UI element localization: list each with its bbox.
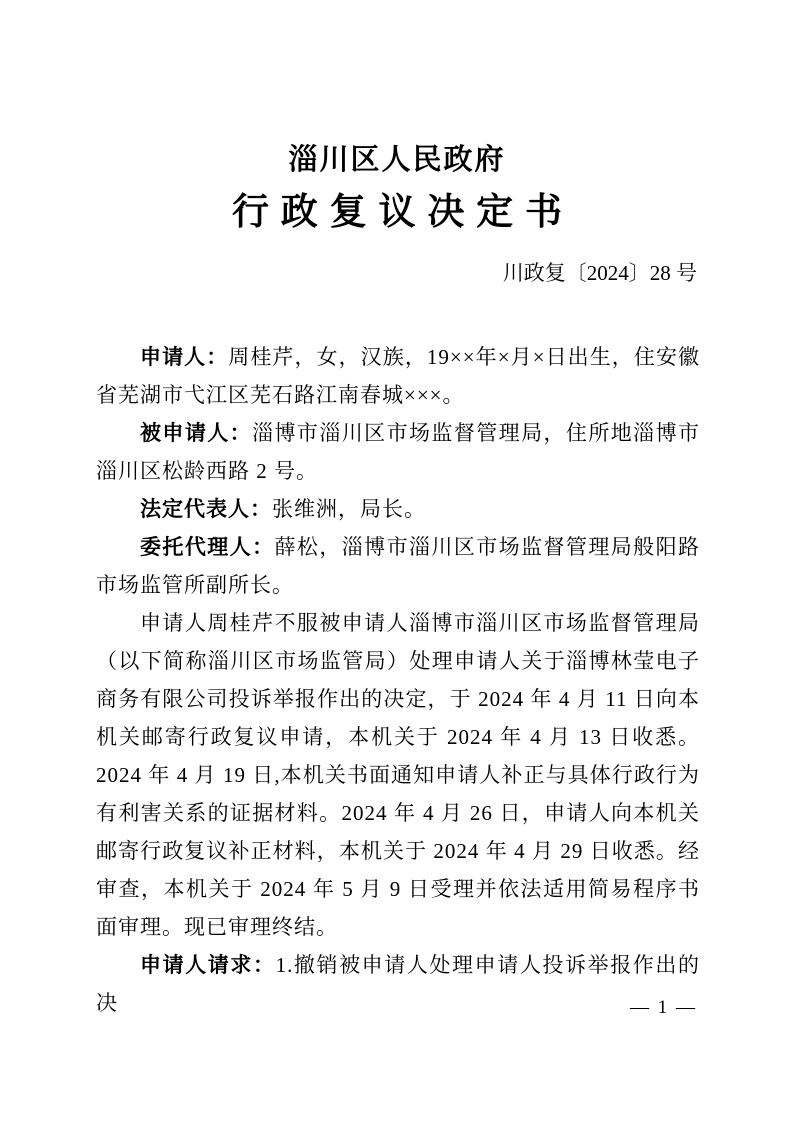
- paragraph-label-applicant: 申请人：: [140, 345, 228, 369]
- paragraph-text-legal-representative: 张维洲，局长。: [272, 497, 426, 521]
- document-title: 行政复议决定书: [0, 190, 794, 236]
- document-body: 申请人：周桂芹，女，汉族，19××年×月×日出生，住安徽省芜湖市弋江区芜石路江南…: [96, 338, 700, 1022]
- document-page: 淄川区人民政府 行政复议决定书 川政复〔2024〕28 号 申请人：周桂芹，女，…: [0, 0, 794, 1123]
- paragraph-label-applicant-request: 申请人请求：: [140, 953, 276, 977]
- paragraph-label-entrusted-agent: 委托代理人：: [140, 535, 275, 559]
- paragraph-text-case-background: 申请人周桂芹不服被申请人淄博市淄川区市场监督管理局（以下简称淄川区市场监管局）处…: [96, 611, 700, 939]
- issuing-authority-title: 淄川区人民政府: [0, 0, 794, 178]
- paragraph-case-background: 申请人周桂芹不服被申请人淄博市淄川区市场监督管理局（以下简称淄川区市场监管局）处…: [96, 604, 700, 946]
- document-number: 川政复〔2024〕28 号: [0, 260, 697, 286]
- paragraph-respondent: 被申请人：淄博市淄川区市场监督管理局，住所地淄博市淄川区松龄西路 2 号。: [96, 414, 700, 490]
- paragraph-applicant: 申请人：周桂芹，女，汉族，19××年×月×日出生，住安徽省芜湖市弋江区芜石路江南…: [96, 338, 700, 414]
- paragraph-label-respondent: 被申请人：: [140, 421, 252, 445]
- paragraph-applicant-request: 申请人请求：1.撤销被申请人处理申请人投诉举报作出的决: [96, 946, 700, 1022]
- page-number: — 1 —: [630, 996, 697, 1020]
- paragraph-entrusted-agent: 委托代理人：薛松，淄博市淄川区市场监督管理局般阳路市场监管所副所长。: [96, 528, 700, 604]
- paragraph-label-legal-representative: 法定代表人：: [140, 497, 272, 521]
- paragraph-legal-representative: 法定代表人：张维洲，局长。: [96, 490, 700, 528]
